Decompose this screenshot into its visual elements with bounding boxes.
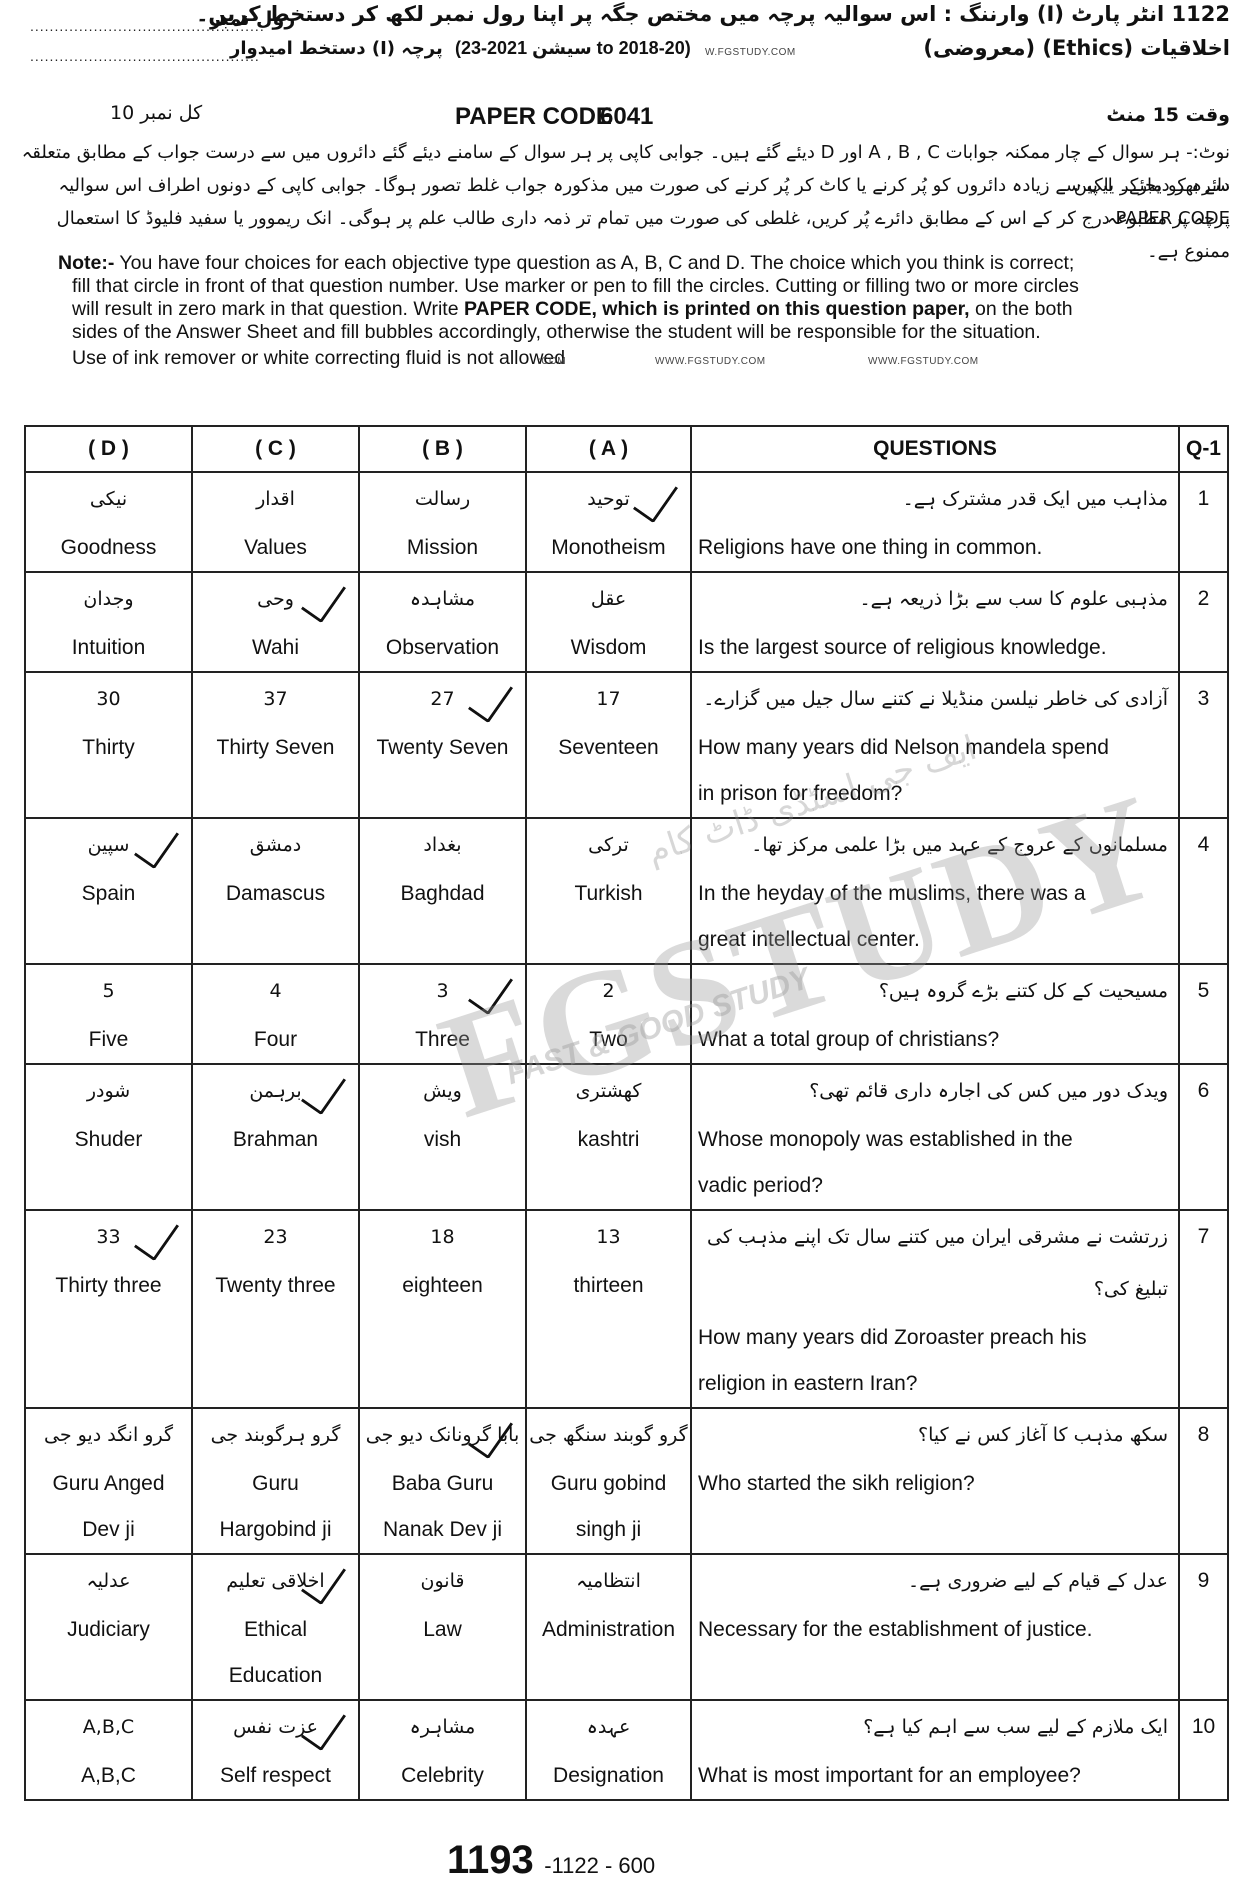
option-urdu-text: 17 (527, 673, 690, 725)
option-english-text: Twenty three (193, 1263, 358, 1309)
col-header-qnum: Q-1 (1179, 426, 1228, 472)
option-b[interactable]: بابا گرونانک دیو جیBaba GuruNanak Dev ji (359, 1408, 526, 1554)
table-header-row: ( D ) ( C ) ( B ) ( A ) QUESTIONS Q-1 (25, 426, 1228, 472)
option-english-text: A,B,C (26, 1753, 191, 1799)
option-urdu-text: گرو ہرگوبند جی (193, 1409, 358, 1461)
option-english-text: Four (193, 1017, 358, 1063)
option-b[interactable]: 18eighteen (359, 1210, 526, 1408)
english-note-line-4: sides of the Answer Sheet and fill bubbl… (72, 319, 1041, 345)
option-english-text: Spain (26, 871, 191, 917)
option-c[interactable]: برہمنBrahman (192, 1064, 359, 1210)
option-d[interactable]: گرو انگد دیو جیGuru AngedDev ji (25, 1408, 192, 1554)
option-english-text: Intuition (26, 625, 191, 671)
option-urdu-text: کھشتری (527, 1065, 690, 1117)
watermark-url: :COM (538, 356, 566, 367)
table-row: 30Thirty37Thirty Seven27Twenty Seven17Se… (25, 672, 1228, 818)
option-c[interactable]: 37Thirty Seven (192, 672, 359, 818)
question-number: 10 (1179, 1700, 1228, 1800)
option-english-text: Dev ji (26, 1507, 191, 1553)
option-d[interactable]: 33Thirty three (25, 1210, 192, 1408)
option-urdu-text: اقدار (193, 473, 358, 525)
question-urdu-text: ایک ملازم کے لیے سب سے اہم کیا ہے؟ (692, 1701, 1178, 1753)
option-d[interactable]: نیکیGoodness (25, 472, 192, 572)
option-b[interactable]: بغدادBaghdad (359, 818, 526, 964)
option-english-text: Observation (360, 625, 525, 671)
table-row: شودرShuderبرہمنBrahmanویشvishکھشتریkasht… (25, 1064, 1228, 1210)
table-row: گرو انگد دیو جیGuru AngedDev jiگرو ہرگوب… (25, 1408, 1228, 1554)
footer-code: 1193 -1122 - 600 (447, 1838, 655, 1883)
subject-line: اخلاقیات (Ethics) (معروضی) (923, 36, 1230, 60)
question-number: 6 (1179, 1064, 1228, 1210)
option-a[interactable]: 17Seventeen (526, 672, 691, 818)
option-urdu-text: بغداد (360, 819, 525, 871)
option-english-text: Thirty Seven (193, 725, 358, 771)
option-b[interactable]: قانونLaw (359, 1554, 526, 1700)
table-row: عدلیہJudiciaryاخلاقی تعلیمEthicalEducati… (25, 1554, 1228, 1700)
question-urdu-text: عدل کے قیام کے لیے ضروری ہے۔ (692, 1555, 1178, 1607)
question-english-text: What is most important for an employee? (692, 1753, 1178, 1799)
option-english-text: Ethical (193, 1607, 358, 1653)
option-urdu-text: قانون (360, 1555, 525, 1607)
option-english-text: Values (193, 525, 358, 571)
question-urdu-text: مذہبی علوم کا سب سے بڑا ذریعہ ہے۔ (692, 573, 1178, 625)
option-d[interactable]: شودرShuder (25, 1064, 192, 1210)
col-header-d: ( D ) (25, 426, 192, 472)
table-row: نیکیGoodnessاقدارValuesرسالتMissionتوحید… (25, 472, 1228, 572)
option-c[interactable]: اخلاقی تعلیمEthicalEducation (192, 1554, 359, 1700)
question-number: 5 (1179, 964, 1228, 1064)
option-a[interactable]: 2Two (526, 964, 691, 1064)
option-english-text: Shuder (26, 1117, 191, 1163)
question-cell: زرتشت نے مشرقی ایران میں کتنے سال تک اپن… (691, 1210, 1179, 1408)
option-english-text: thirteen (527, 1263, 690, 1309)
english-note-line-5: Use of ink remover or white correcting f… (72, 345, 565, 371)
option-d[interactable]: سپینSpain (25, 818, 192, 964)
col-header-a: ( A ) (526, 426, 691, 472)
question-english-text: Is the largest source of religious knowl… (692, 625, 1178, 671)
option-urdu-text: شودر (26, 1065, 191, 1117)
question-cell: سکھ مذہب کا آغاز کس نے کیا؟Who started t… (691, 1408, 1179, 1554)
option-english-text: Seventeen (527, 725, 690, 771)
option-english-text: Goodness (26, 525, 191, 571)
question-english-text: What a total group of christians? (692, 1017, 1178, 1063)
option-urdu-text: انتظامیہ (527, 1555, 690, 1607)
paper-code-label: PAPER CODE (455, 103, 612, 131)
option-urdu-text: 5 (26, 965, 191, 1017)
question-cell: عدل کے قیام کے لیے ضروری ہے۔Necessary fo… (691, 1554, 1179, 1700)
option-b[interactable]: ویشvish (359, 1064, 526, 1210)
option-c[interactable]: عزت نفسSelf respect (192, 1700, 359, 1800)
option-urdu-text: گرو گوبند سنگھ جی (527, 1409, 690, 1461)
option-b[interactable]: 27Twenty Seven (359, 672, 526, 818)
option-b[interactable]: 3Three (359, 964, 526, 1064)
table-row: A,B,CA,B,Cعزت نفسSelf respectمشاہرہCeleb… (25, 1700, 1228, 1800)
option-b[interactable]: رسالتMission (359, 472, 526, 572)
option-english-text: Administration (527, 1607, 690, 1653)
option-english-text: Designation (527, 1753, 690, 1799)
session-line: (سیشن 2021-23 to 2018-20) (455, 38, 691, 59)
question-english-text: great intellectual center. (692, 917, 1178, 963)
option-c[interactable]: دمشقDamascus (192, 818, 359, 964)
option-urdu-text: گرو انگد دیو جی (26, 1409, 191, 1461)
option-urdu-text: دمشق (193, 819, 358, 871)
table-row: 5Five4Four3Three2Twoمسیحیت کے کل کتنے بڑ… (25, 964, 1228, 1064)
option-urdu-text: عدلیہ (26, 1555, 191, 1607)
option-urdu-text: 23 (193, 1211, 358, 1263)
option-urdu-text: 37 (193, 673, 358, 725)
option-a[interactable]: توحیدMonotheism (526, 472, 691, 572)
option-a[interactable]: عہدہDesignation (526, 1700, 691, 1800)
option-urdu-text: مشاہدہ (360, 573, 525, 625)
question-cell: ویدک دور میں کس کی اجارہ داری قائم تھی؟W… (691, 1064, 1179, 1210)
option-c[interactable]: 23Twenty three (192, 1210, 359, 1408)
watermark-url: WWW.FGSTUDY.COM (655, 356, 766, 367)
option-c[interactable]: 4Four (192, 964, 359, 1064)
question-number: 4 (1179, 818, 1228, 964)
option-urdu-text: مشاہرہ (360, 1701, 525, 1753)
question-number: 7 (1179, 1210, 1228, 1408)
option-english-text: Law (360, 1607, 525, 1653)
question-english-text: Who started the sikh religion? (692, 1461, 1178, 1507)
option-c[interactable]: گرو ہرگوبند جیGuruHargobind ji (192, 1408, 359, 1554)
question-number: 9 (1179, 1554, 1228, 1700)
question-english-text: Necessary for the establishment of justi… (692, 1607, 1178, 1653)
question-english-text: religion in eastern Iran? (692, 1361, 1178, 1407)
option-urdu-text: 18 (360, 1211, 525, 1263)
question-urdu-text: ویدک دور میں کس کی اجارہ داری قائم تھی؟ (692, 1065, 1178, 1117)
option-english-text: singh ji (527, 1507, 690, 1553)
question-urdu-text: آزادی کی خاطر نیلسن منڈیلا نے کتنے سال ج… (692, 673, 1178, 725)
option-english-text: Education (193, 1653, 358, 1699)
option-urdu-text: رسالت (360, 473, 525, 525)
question-english-text: In the heyday of the muslims, there was … (692, 871, 1178, 917)
option-english-text: vish (360, 1117, 525, 1163)
question-urdu-text: مسیحیت کے کل کتنے بڑے گروہ ہیں؟ (692, 965, 1178, 1017)
option-english-text: Baghdad (360, 871, 525, 917)
option-d[interactable]: وجدانIntuition (25, 572, 192, 672)
footer-big-number: 1193 (447, 1838, 534, 1882)
option-english-text: Hargobind ji (193, 1507, 358, 1553)
option-urdu-text: 2 (527, 965, 690, 1017)
paper-title-line: 1122 انٹر پارٹ (I) وارننگ : اس سوالیہ پر… (196, 2, 1230, 26)
option-a[interactable]: عقلWisdom (526, 572, 691, 672)
option-english-text: Guru gobind (527, 1461, 690, 1507)
watermark-url: W.FGSTUDY.COM (705, 47, 796, 58)
note-label: Note:- (58, 252, 114, 274)
option-english-text: Three (360, 1017, 525, 1063)
option-english-text: Monotheism (527, 525, 690, 571)
question-number: 8 (1179, 1408, 1228, 1554)
time-allowed: وقت 15 منٹ (1106, 104, 1230, 126)
col-header-c: ( C ) (192, 426, 359, 472)
option-d[interactable]: 30Thirty (25, 672, 192, 818)
option-c[interactable]: اقدارValues (192, 472, 359, 572)
option-english-text: Turkish (527, 871, 690, 917)
total-marks: کل نمبر 10 (110, 102, 202, 124)
option-english-text: Judiciary (26, 1607, 191, 1653)
option-a[interactable]: کھشتریkashtri (526, 1064, 691, 1210)
option-english-text: Two (527, 1017, 690, 1063)
option-english-text: Mission (360, 525, 525, 571)
option-english-text: Self respect (193, 1753, 358, 1799)
option-a[interactable]: گرو گوبند سنگھ جیGuru gobindsingh ji (526, 1408, 691, 1554)
option-english-text: kashtri (527, 1117, 690, 1163)
option-c[interactable]: وحیWahi (192, 572, 359, 672)
footer-small: -1122 - 600 (544, 1853, 655, 1878)
option-urdu-text: عہدہ (527, 1701, 690, 1753)
question-urdu-text: زرتشت نے مشرقی ایران میں کتنے سال تک اپن… (692, 1211, 1178, 1315)
watermark-url: WWW.FGSTUDY.COM (868, 356, 979, 367)
mcq-table: ( D ) ( C ) ( B ) ( A ) QUESTIONS Q-1 نی… (24, 425, 1229, 1801)
question-english-text: Religions have one thing in common. (692, 525, 1178, 571)
option-english-text: eighteen (360, 1263, 525, 1309)
question-number: 2 (1179, 572, 1228, 672)
option-english-text: Wisdom (527, 625, 690, 671)
option-english-text: Guru Anged (26, 1461, 191, 1507)
question-english-text: Whose monopoly was established in the (692, 1117, 1178, 1163)
option-urdu-text: وجدان (26, 573, 191, 625)
candidate-sign-label: پرچہ (I) دستخط امیدوار (230, 38, 443, 59)
col-header-questions: QUESTIONS (691, 426, 1179, 472)
question-english-text: How many years did Zoroaster preach his (692, 1315, 1178, 1361)
candidate-sign-field[interactable]: ........................................… (30, 48, 260, 64)
question-cell: مسلمانوں کے عروج کے عہد میں بڑا علمی مرک… (691, 818, 1179, 964)
question-cell: ایک ملازم کے لیے سب سے اہم کیا ہے؟What i… (691, 1700, 1179, 1800)
option-b[interactable]: مشاہرہCelebrity (359, 1700, 526, 1800)
col-header-b: ( B ) (359, 426, 526, 472)
option-english-text: Brahman (193, 1117, 358, 1163)
paper-code-value: 6041 (600, 103, 653, 131)
option-english-text: Baba Guru (360, 1461, 525, 1507)
option-b[interactable]: مشاہدہObservation (359, 572, 526, 672)
option-d[interactable]: A,B,CA,B,C (25, 1700, 192, 1800)
question-cell: مذاہب میں ایک قدر مشترک ہے۔Religions hav… (691, 472, 1179, 572)
option-urdu-text: 30 (26, 673, 191, 725)
question-urdu-text: مذاہب میں ایک قدر مشترک ہے۔ (692, 473, 1178, 525)
option-urdu-text: 4 (193, 965, 358, 1017)
option-d[interactable]: عدلیہJudiciary (25, 1554, 192, 1700)
table-row: وجدانIntuitionوحیWahiمشاہدہObservationعق… (25, 572, 1228, 672)
option-urdu-text: 13 (527, 1211, 690, 1263)
option-english-text: Damascus (193, 871, 358, 917)
table-row: سپینSpainدمشقDamascusبغدادBaghdadترکیTur… (25, 818, 1228, 964)
roll-number-field[interactable]: ........................................… (30, 18, 265, 34)
option-d[interactable]: 5Five (25, 964, 192, 1064)
option-english-text: Thirty three (26, 1263, 191, 1309)
option-english-text: Thirty (26, 725, 191, 771)
question-cell: مسیحیت کے کل کتنے بڑے گروہ ہیں؟What a to… (691, 964, 1179, 1064)
question-number: 3 (1179, 672, 1228, 818)
option-english-text: Celebrity (360, 1753, 525, 1799)
option-english-text: Guru (193, 1461, 358, 1507)
option-urdu-text: ویش (360, 1065, 525, 1117)
option-urdu-text: عقل (527, 573, 690, 625)
option-urdu-text: نیکی (26, 473, 191, 525)
option-english-text: Nanak Dev ji (360, 1507, 525, 1553)
option-english-text: Wahi (193, 625, 358, 671)
question-cell: مذہبی علوم کا سب سے بڑا ذریعہ ہے۔Is the … (691, 572, 1179, 672)
question-urdu-text: سکھ مذہب کا آغاز کس نے کیا؟ (692, 1409, 1178, 1461)
table-row: 33Thirty three23Twenty three18eighteen13… (25, 1210, 1228, 1408)
question-number: 1 (1179, 472, 1228, 572)
option-english-text: Five (26, 1017, 191, 1063)
option-a[interactable]: انتظامیہAdministration (526, 1554, 691, 1700)
option-english-text: Twenty Seven (360, 725, 525, 771)
option-urdu-text: A,B,C (26, 1701, 191, 1753)
option-a[interactable]: 13thirteen (526, 1210, 691, 1408)
question-english-text: vadic period? (692, 1163, 1178, 1209)
